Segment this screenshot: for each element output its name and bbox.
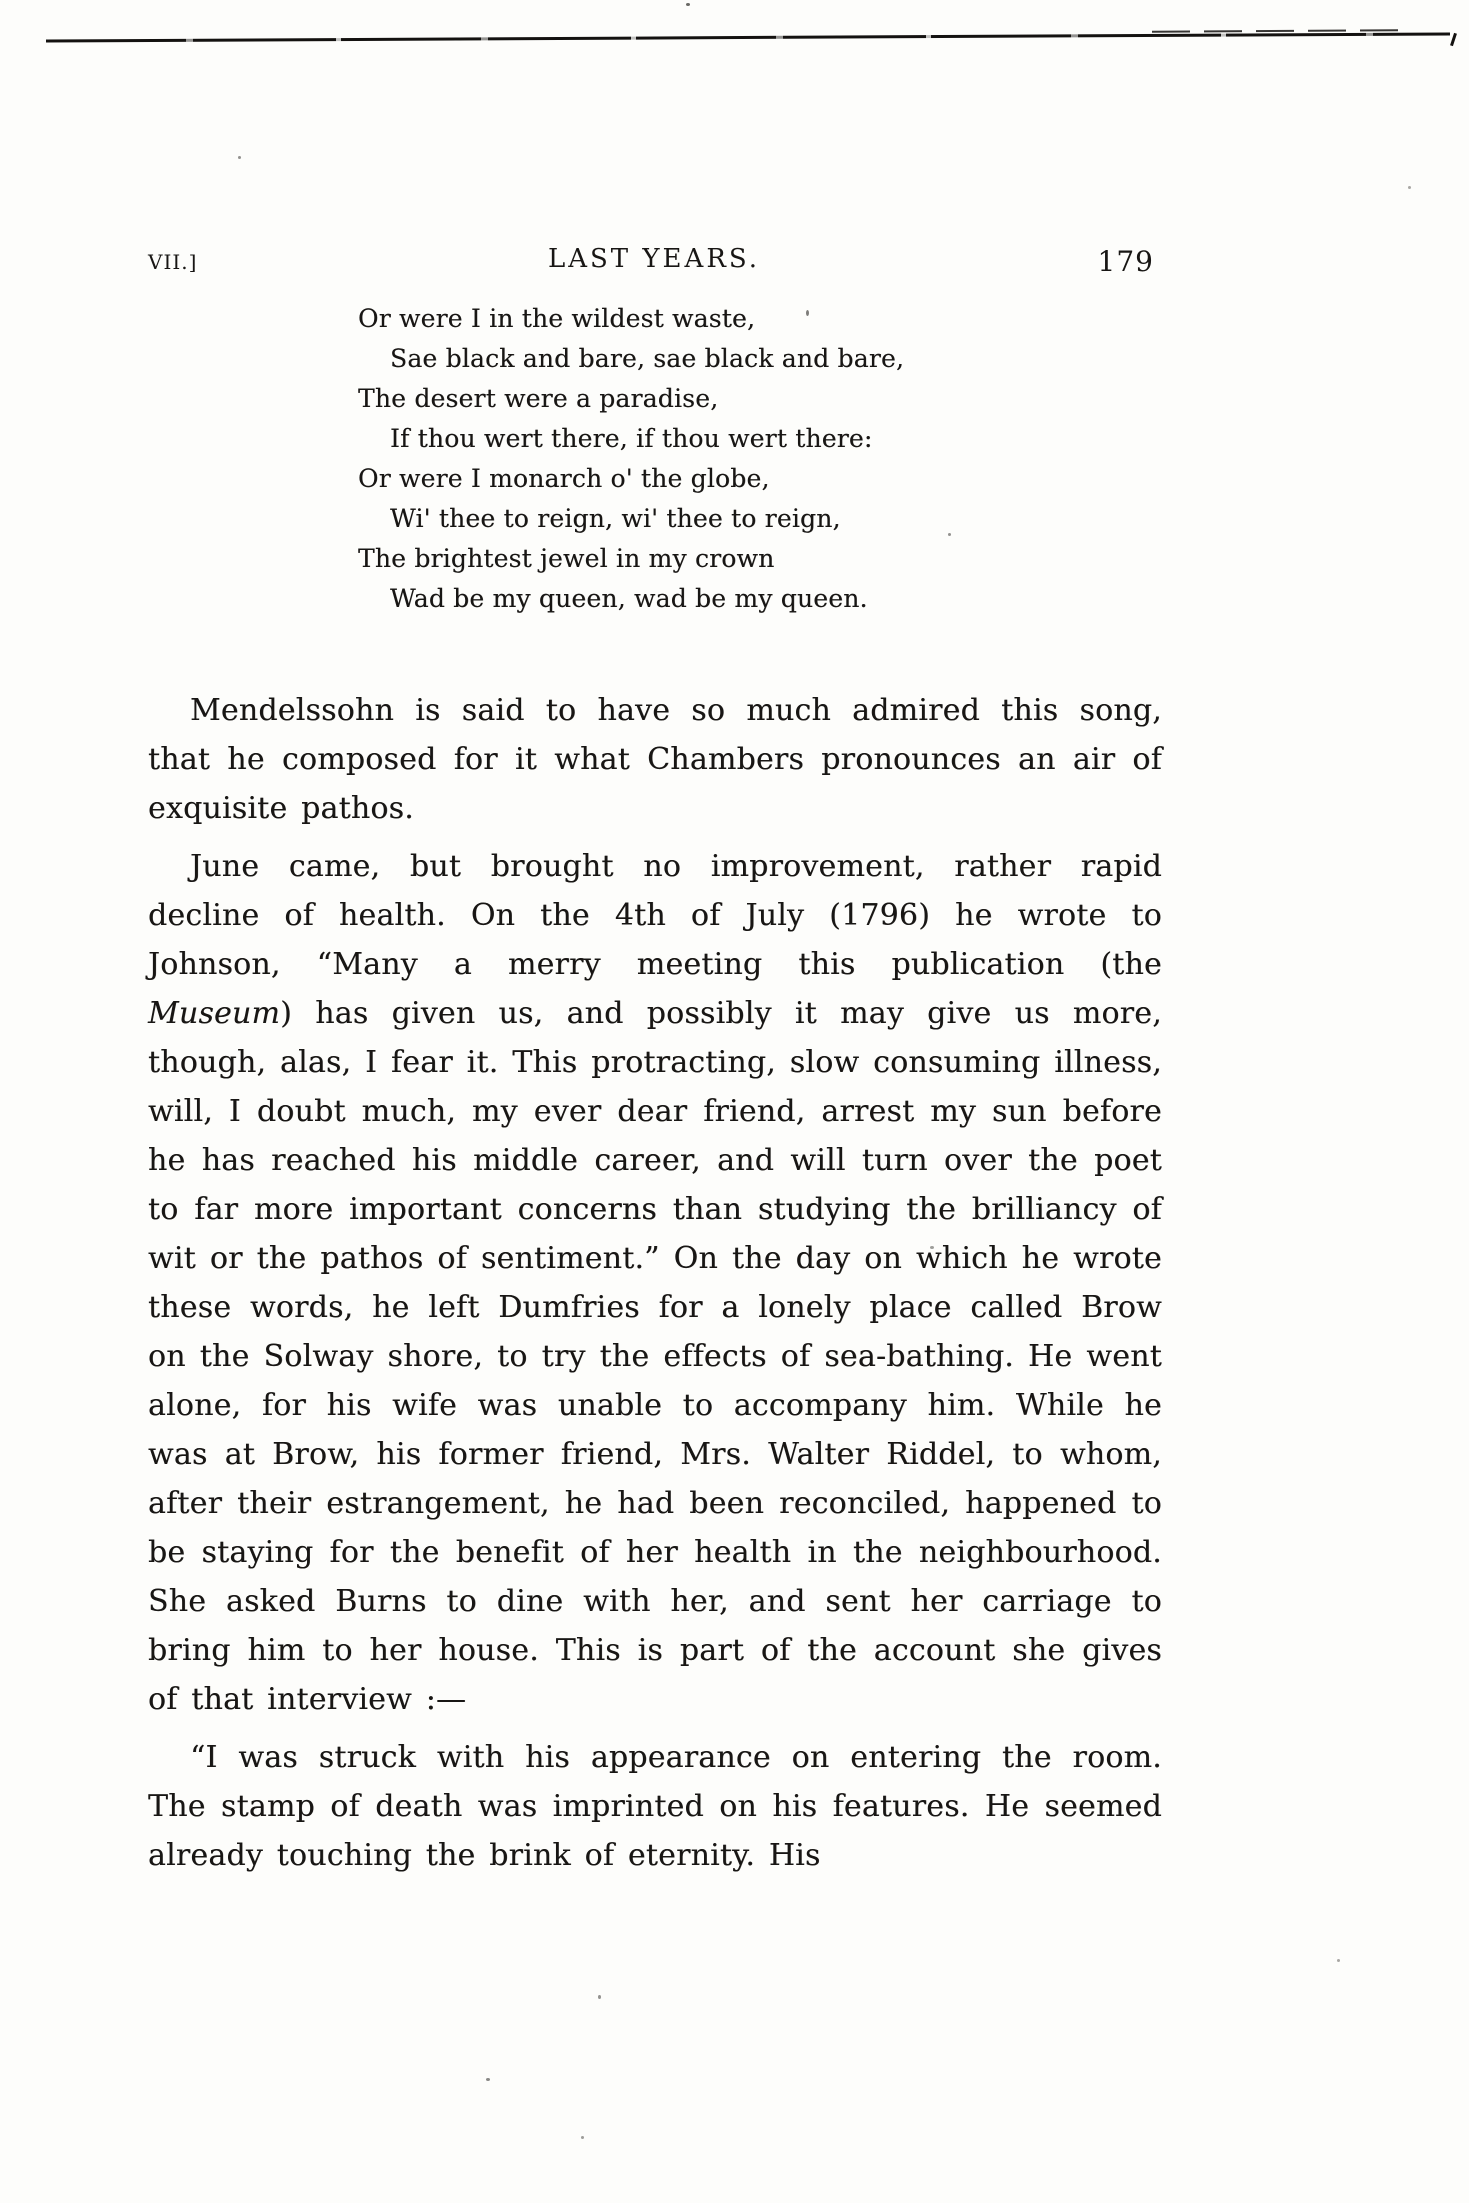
scan-speck (930, 1246, 934, 1249)
page-header: VII.] LAST YEARS. 179 (148, 244, 1160, 278)
scan-speck (686, 3, 690, 6)
scan-speck (486, 2078, 490, 2081)
paragraph-june-letter: June came, but brought no improvement, r… (148, 842, 1162, 1724)
poem-line: The brightest jewel in my crown (358, 539, 904, 579)
poem-line: If thou wert there, if thou wert there: (358, 419, 904, 459)
italic-word-museum: Museum (148, 996, 280, 1031)
page-top-rule-hook (1450, 33, 1457, 46)
poem-line: Wad be my queen, wad be my queen. (358, 579, 904, 619)
scan-speck (948, 533, 951, 536)
scan-speck (238, 156, 241, 159)
poem-line: Sae black and bare, sae black and bare, (358, 339, 904, 379)
book-page-scan: VII.] LAST YEARS. 179 Or were I in the w… (0, 0, 1469, 2203)
scan-speck (1337, 1959, 1340, 1962)
scan-speck (581, 2136, 584, 2139)
poem-line: Or were I monarch o' the globe, (358, 459, 904, 499)
paragraph-mendelssohn: Mendelssohn is said to have so much admi… (148, 686, 1162, 833)
paragraph-interview-quote: “I was struck with his appearance on ent… (148, 1733, 1162, 1880)
poem-line: Wi' thee to reign, wi' thee to reign, (358, 499, 904, 539)
paragraph-text: ) has given us, and possibly it may give… (148, 996, 1162, 1717)
scan-speck (598, 1995, 601, 1999)
paragraph-text: June came, but brought no improvement, r… (148, 849, 1162, 982)
body-text-block: Mendelssohn is said to have so much admi… (148, 686, 1162, 1880)
page-top-rule (46, 32, 1450, 42)
running-title: LAST YEARS. (148, 244, 1160, 274)
poem-line: Or were I in the wildest waste, (358, 299, 904, 339)
page-number: 179 (1098, 245, 1154, 278)
poem-line: The desert were a paradise, (358, 379, 904, 419)
scan-speck (1408, 186, 1411, 189)
poem-block: Or were I in the wildest waste, Sae blac… (358, 299, 904, 619)
scan-speck (806, 310, 809, 316)
